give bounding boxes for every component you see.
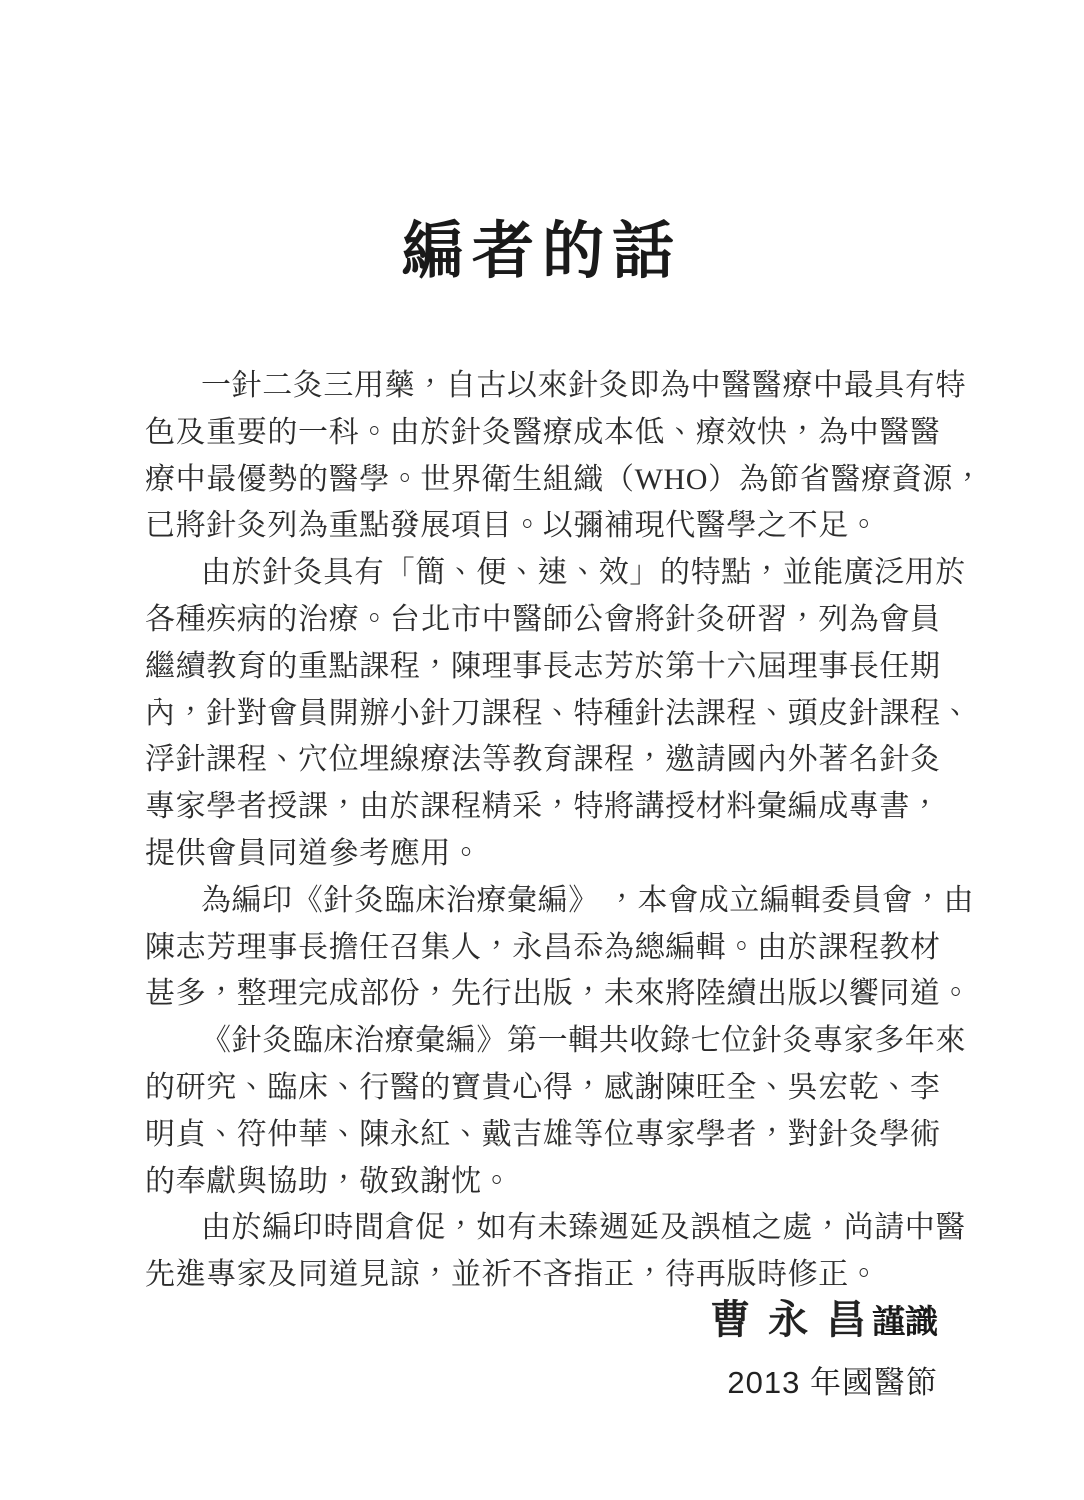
body-line: 的奉獻與協助，敬致謝忱。 bbox=[145, 1159, 945, 1206]
body-line: 一針二灸三用藥，自古以來針灸即為中醫醫療中最具有特 bbox=[145, 363, 945, 410]
body-line: 的研究、臨床、行醫的寶貴心得，感謝陳旺全、吳宏乾、李 bbox=[145, 1065, 945, 1112]
body-line: 《針灸臨床治療彙編》第一輯共收錄七位針灸專家多年來 bbox=[145, 1018, 945, 1065]
body-line: 各種疾病的治療。台北市中醫師公會將針灸研習，列為會員 bbox=[145, 597, 945, 644]
body-line: 甚多，整理完成部份，先行出版，未來將陸續出版以饗同道。 bbox=[145, 971, 945, 1018]
body-line: 由於針灸具有「簡、便、速、效」的特點，並能廣泛用於 bbox=[145, 550, 945, 597]
body-line: 內，針對會員開辦小針刀課程、特種針法課程、頭皮針課程、 bbox=[145, 691, 945, 738]
body-line: 陳志芳理事長擔任召集人，永昌忝為總編輯。由於課程教材 bbox=[145, 925, 945, 972]
body-line: 先進專家及同道見諒，並祈不吝指正，待再版時修正。 bbox=[145, 1252, 945, 1299]
body-text: 一針二灸三用藥，自古以來針灸即為中醫醫療中最具有特色及重要的一科。由於針灸醫療成… bbox=[145, 363, 945, 1299]
body-line: 由於編印時間倉促，如有未臻週延及誤植之處，尚請中醫 bbox=[145, 1205, 945, 1252]
body-line: 明貞、符仲華、陳永紅、戴吉雄等位專家學者，對針灸學術 bbox=[145, 1112, 945, 1159]
body-line: 療中最優勢的醫學。世界衛生組織（WHO）為節省醫療資源， bbox=[145, 457, 945, 504]
body-line: 色及重要的一科。由於針灸醫療成本低、療效快，為中醫醫 bbox=[145, 410, 945, 457]
body-line: 已將針灸列為重點發展項目。以彌補現代醫學之不足。 bbox=[145, 503, 945, 550]
signature-name: 曹 永 昌 bbox=[710, 1296, 868, 1344]
body-line: 專家學者授課，由於課程精采，特將講授材料彙編成專書， bbox=[145, 784, 945, 831]
body-line: 為編印《針灸臨床治療彙編》 ，本會成立編輯委員會，由 bbox=[145, 878, 945, 925]
body-line: 浮針課程、穴位埋線療法等教育課程，邀請國內外著名針灸 bbox=[145, 737, 945, 784]
signature-suffix: 謹識 bbox=[872, 1302, 938, 1342]
page-title: 編者的話 bbox=[0, 218, 1084, 286]
signature-date: 2013 年國醫節 bbox=[710, 1366, 938, 1400]
signature-block: 曹 永 昌 謹識 2013 年國醫節 bbox=[710, 1296, 938, 1400]
signature-line: 曹 永 昌 謹識 bbox=[710, 1296, 938, 1344]
book-page: 編者的話 一針二灸三用藥，自古以來針灸即為中醫醫療中最具有特色及重要的一科。由於… bbox=[0, 0, 1084, 1500]
body-line: 提供會員同道參考應用。 bbox=[145, 831, 945, 878]
body-line: 繼續教育的重點課程，陳理事長志芳於第十六屆理事長任期 bbox=[145, 644, 945, 691]
